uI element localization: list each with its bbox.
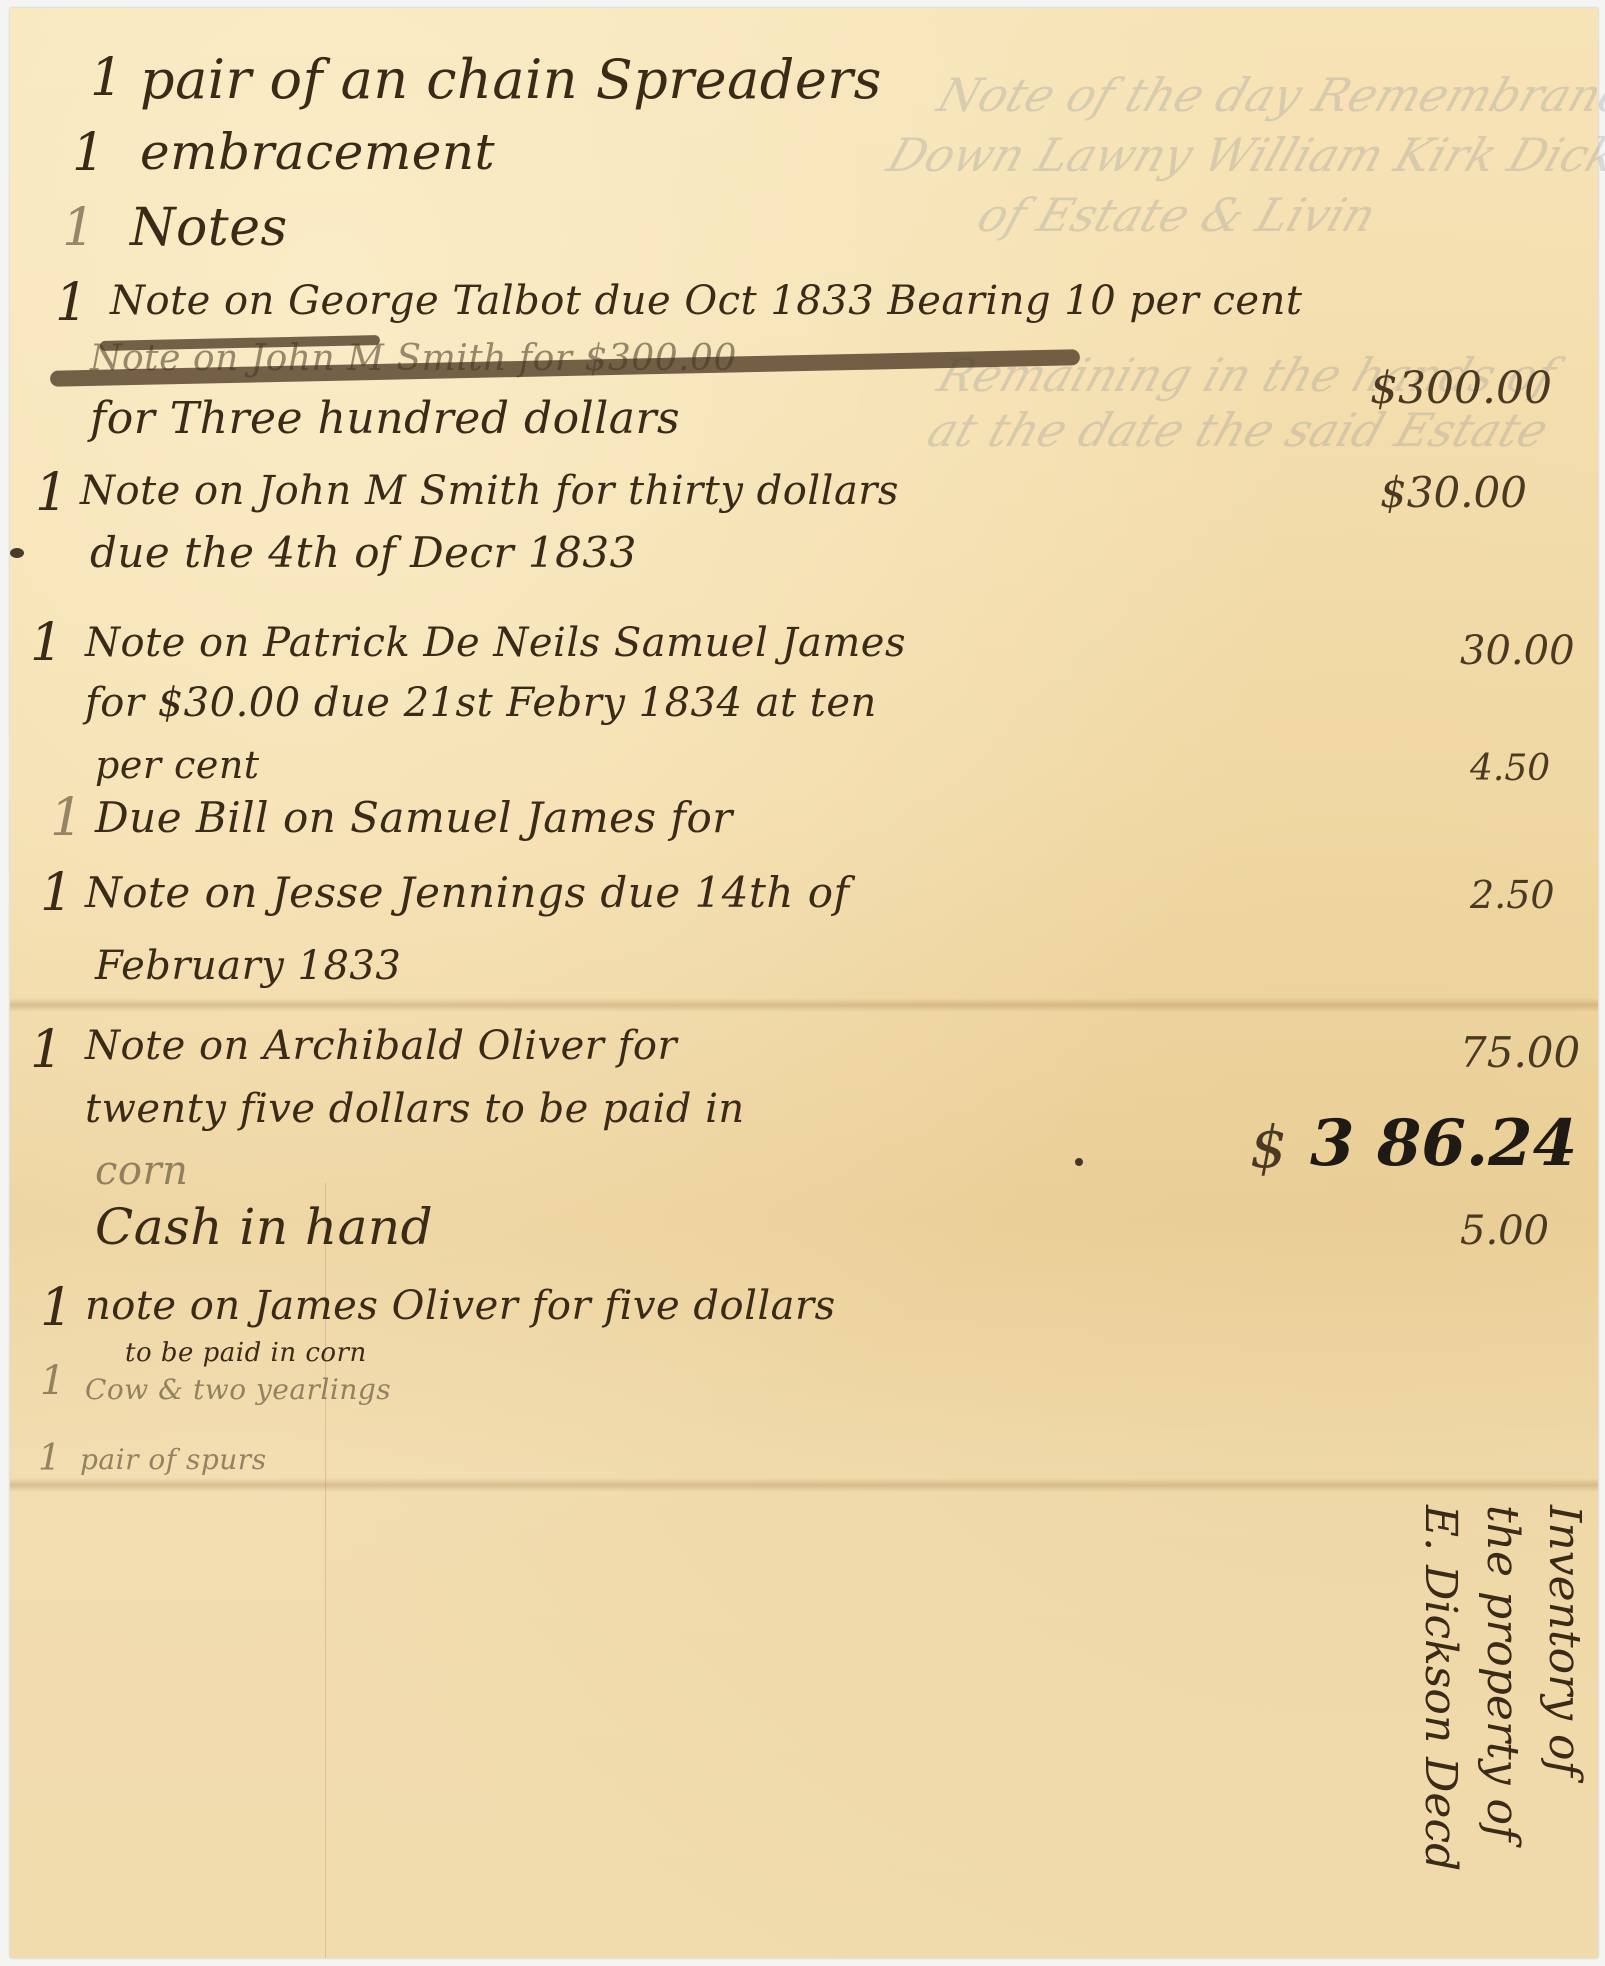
cash-amount: 5.00 <box>1460 1208 1549 1254</box>
paper-fold <box>10 998 1598 1012</box>
item-text: Note on Patrick De Neils Samuel James <box>85 620 906 666</box>
item-text: Cow & two yearlings <box>85 1373 391 1406</box>
item-text: Note on John M Smith for thirty dollars <box>80 468 899 514</box>
item-text: Note on George Talbot due Oct 1833 Beari… <box>110 278 1302 324</box>
item-text: embracement <box>140 123 495 181</box>
item-text: February 1833 <box>95 943 401 989</box>
item-qty: 1 <box>50 788 83 848</box>
item-qty: 1 <box>40 1278 73 1338</box>
endorsement-line: E. Dickson Decd <box>1409 1505 1471 1945</box>
item-amount: 75.00 <box>1460 1028 1580 1077</box>
item-amount: 4.50 <box>1470 748 1550 789</box>
item-amount: 30.00 <box>1460 628 1575 674</box>
item-text: for $30.00 due 21st Febry 1834 at ten <box>85 680 877 726</box>
item-text: Note on Jesse Jennings due 14th of <box>85 868 850 917</box>
ink-blot <box>1075 1158 1083 1166</box>
item-qty: 1 <box>38 1438 61 1479</box>
item-text: pair of spurs <box>80 1443 267 1476</box>
item-qty: 1 <box>40 1358 65 1404</box>
item-amount: $300.00 <box>1370 363 1552 414</box>
endorsement-line: Inventory of <box>1533 1505 1595 1945</box>
item-qty: 1 <box>30 1020 63 1080</box>
item-text: corn <box>95 1148 188 1194</box>
ink-blot <box>10 548 24 558</box>
item-text: note on James Oliver for five dollars <box>85 1283 836 1329</box>
item-text: due the 4th of Decr 1833 <box>90 528 637 577</box>
bleed-through-text: Note of the day Remembrance <box>931 68 1605 122</box>
item-text: twenty five dollars to be paid in <box>85 1086 745 1132</box>
item-text: Due Bill on Samuel James for <box>95 793 733 842</box>
item-qty: 1 <box>40 863 73 923</box>
item-text: to be paid in corn <box>125 1338 367 1368</box>
cash-label: Cash in hand <box>95 1198 433 1256</box>
bleed-through-text: Down Lawny William Kirk Dickson <box>881 128 1605 182</box>
item-amount: 2.50 <box>1470 873 1555 917</box>
document-page: Note of the day Remembrance Down Lawny W… <box>10 8 1598 1958</box>
item-qty: 1 <box>35 463 68 523</box>
item-text: Note on Archibald Oliver for <box>85 1023 677 1069</box>
endorsement-line: the property of <box>1471 1505 1533 1945</box>
item-qty: 1 <box>72 123 105 183</box>
endorsement: Inventory of the property of E. Dickson … <box>1465 1505 1595 1945</box>
total-amount: 3 86.24 <box>1310 1106 1577 1181</box>
total-prefix: $ <box>1250 1113 1287 1181</box>
item-text: per cent <box>95 743 260 787</box>
paper-fold <box>10 1478 1598 1492</box>
item-qty: 1 <box>62 198 95 258</box>
item-text: Notes <box>130 198 288 258</box>
item-text: for Three hundred dollars <box>90 393 680 444</box>
bleed-through-text: of Estate & Livin <box>971 188 1382 242</box>
item-qty: 1 <box>30 613 63 673</box>
item-text: pair of an chain Spreaders <box>140 48 882 111</box>
item-qty: 1 <box>55 273 88 333</box>
item-qty: 1 <box>90 48 123 108</box>
item-amount: $30.00 <box>1380 468 1527 517</box>
